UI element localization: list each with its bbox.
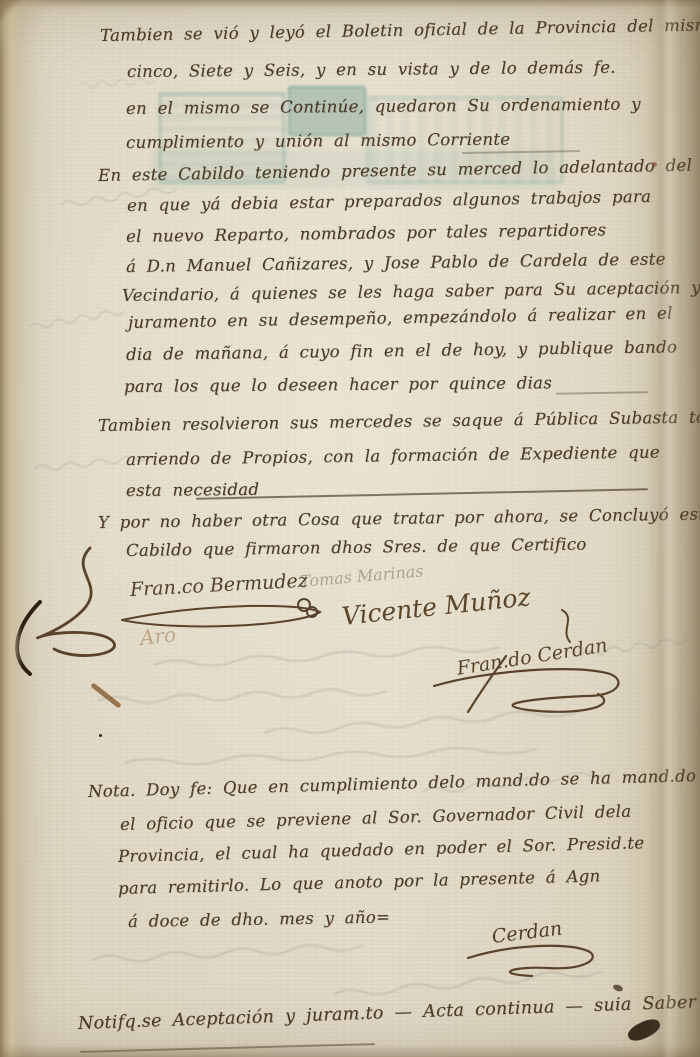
- manuscript-line: el nuevo Reparto, nombrados por tales re…: [126, 220, 607, 246]
- ink-speck: [612, 983, 623, 992]
- torn-corner-top-left: [0, 0, 96, 92]
- signature-cerdan-rubric: [428, 650, 626, 716]
- manuscript-line: arriendo de Propios, con la formación de…: [126, 443, 660, 469]
- manuscript-line: Cabildo que firmaron dhos Sres. de que C…: [126, 535, 587, 560]
- nota-line: el oficio que se previene al Sor. Govern…: [120, 802, 632, 834]
- manuscript-line: dia de mañana, á cuyo fin en el de hoy, …: [126, 337, 677, 364]
- page-top-edge: [0, 0, 700, 15]
- nota-line: Provincia, el cual ha quedado en poder e…: [118, 833, 645, 866]
- ink-blot: [625, 1016, 663, 1045]
- manuscript-line: Y por no haber otra Cosa que tratar por …: [98, 504, 700, 532]
- nota-line: para remitirlo. Lo que anoto por la pres…: [118, 866, 601, 898]
- manuscript-line: cinco, Siete y Seis, y en su vista y de …: [127, 58, 616, 81]
- manuscript-line: juramento en su desempeño, empezándolo á…: [128, 303, 673, 332]
- ink-bleedthrough: [28, 303, 129, 332]
- manuscript-line: Tambien se vió y leyó el Boletin oficial…: [100, 15, 700, 45]
- manuscript-line: Vecindario, á quienes se les haga saber …: [122, 278, 700, 305]
- ink-filler-rule: [556, 391, 648, 395]
- footer-note-line: Notifq.se Aceptación y juram.to — Acta c…: [78, 992, 697, 1034]
- marginal-mark-aro: Aro: [139, 622, 177, 650]
- rust-speck: [652, 162, 657, 167]
- manuscript-line: Tambien resolvieron sus mercedes se saqu…: [98, 407, 700, 435]
- ink-bleedthrough: [95, 683, 395, 707]
- nota-line: á doce de dho. mes y año=: [128, 907, 390, 931]
- page-bottom-edge: [0, 1043, 700, 1057]
- page-torn-left-edge: [0, 0, 22, 1057]
- manuscript-page: Tambien se vió y leyó el Boletin oficial…: [0, 0, 700, 1057]
- ink-bleedthrough: [90, 938, 370, 967]
- signature-cerdan-nota-rubric: [462, 930, 602, 980]
- ink-bleedthrough: [120, 741, 550, 770]
- ink-dot: [99, 734, 102, 737]
- manuscript-line: cumplimiento y unión al mismo Corriente: [126, 130, 510, 152]
- signature-munoz: Vicente Muñoz: [340, 582, 531, 631]
- manuscript-line: á D.n Manuel Cañizares, y Jose Pablo de …: [126, 249, 666, 276]
- manuscript-line: en que yá debia estar preparados algunos…: [127, 187, 652, 215]
- manuscript-line: para los que lo deseen hacer por quince …: [124, 373, 552, 396]
- signature-marinas-faint: Tomas Marinas: [299, 561, 424, 591]
- ink-filler-rule: [196, 488, 648, 499]
- nota-line: Nota. Doy fe: Que en cumplimiento delo m…: [88, 766, 697, 801]
